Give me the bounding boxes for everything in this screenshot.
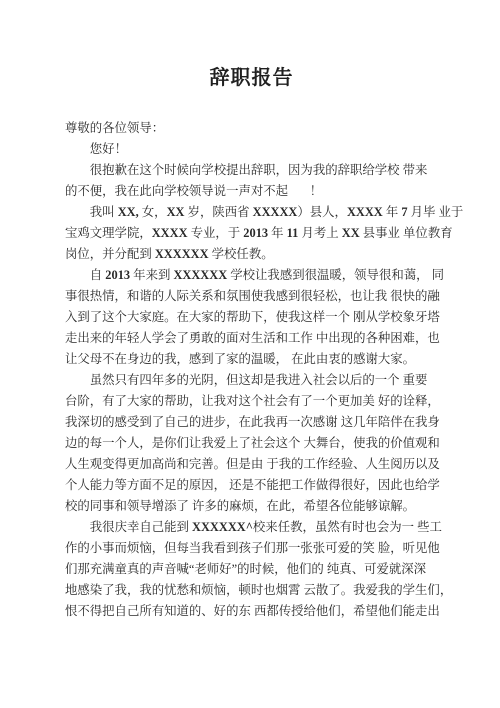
text-line: 们那充满童真的声音喊“老师好”的时候，他们的 纯真、可爱就深深 xyxy=(65,559,438,580)
text-line: 我叫 XX, 女，XX 岁，陕西省 XXXXX）县人，XXXX 年 7 月毕 业… xyxy=(65,202,438,223)
text-line: 我很庆幸自己能到 XXXXXX^校来任教，虽然有时也会为一 些工 xyxy=(65,517,438,538)
text-line: 岗位，并分配到 XXXXXX 学校任教。 xyxy=(65,244,438,265)
text-line: 很抱歉在这个时候向学校提出辞职，因为我的辞职给学校 带来 xyxy=(65,160,438,181)
text-line: 个人能力等方面不足的原因， 还是不能把工作做得很好，因此也给学 xyxy=(65,475,438,496)
text-line: 人生观变得更加高尚和完善。但是由 于我的工作经验、人生阅历以及 xyxy=(65,454,438,475)
paragraph: 我叫 XX, 女，XX 岁，陕西省 XXXXX）县人，XXXX 年 7 月毕 业… xyxy=(65,202,438,265)
text-line: 恨不得把自己所有知道的、好的东 西都传授给他们，希望他们能走出 xyxy=(65,601,438,622)
document-title: 辞职报告 xyxy=(65,64,438,92)
paragraph: 虽然只有四年多的光阴，但这却是我进入社会以后的一个 重要台阶，有了大家的帮助，让… xyxy=(65,370,438,517)
text-line: 台阶，有了大家的帮助，让我对这个社会有了一个更加美 好的诠释， xyxy=(65,391,438,412)
text-line: 让父母不在身边的我，感到了家的温暖， 在此由衷的感谢大家。 xyxy=(65,349,438,370)
text-line: 尊敬的各位领导： xyxy=(65,118,438,139)
text-line: 我深切的感受到了自己的进步，在此我再一次感谢 这几年陪伴在我身 xyxy=(65,412,438,433)
paragraph: 很抱歉在这个时候向学校提出辞职，因为我的辞职给学校 带来的不便，我在此向学校领导… xyxy=(65,160,438,202)
text-line: 边的每一个人，是你们让我爱上了社会这个 大舞台，使我的价值观和 xyxy=(65,433,438,454)
paragraph: 自 2013 年来到 XXXXXX 学校让我感到很温暖，领导很和蔼， 同事很热情… xyxy=(65,265,438,370)
text-line: 自 2013 年来到 XXXXXX 学校让我感到很温暖，领导很和蔼， 同 xyxy=(65,265,438,286)
document-body: 尊敬的各位领导：您好！很抱歉在这个时候向学校提出辞职，因为我的辞职给学校 带来的… xyxy=(65,118,438,622)
text-line: 入到了这个大家庭。在大家的帮助下，使我这样一个 刚从学校象牙塔 xyxy=(65,307,438,328)
text-line: 虽然只有四年多的光阴，但这却是我进入社会以后的一个 重要 xyxy=(65,370,438,391)
text-line: 作的小事而烦恼，但每当我看到孩子们那一张张可爱的笑 脸，听见他 xyxy=(65,538,438,559)
text-line: 校的同事和领导增添了 许多的麻烦，在此，希望各位能够谅解。 xyxy=(65,496,438,517)
text-line: 的不便，我在此向学校领导说一声对不起 ！ xyxy=(65,181,438,202)
text-line: 走出来的年轻人学会了勇敢的面对生活和工作 中出现的各种困难，也 xyxy=(65,328,438,349)
text-line: 您好！ xyxy=(65,139,438,160)
text-line: 宝鸡文理学院，XXXX 专业，于 2013 年 11 月考上 XX 县事业 单位… xyxy=(65,223,438,244)
text-line: 事很热情，和谐的人际关系和氛围使我感到很轻松，也让我 很快的融 xyxy=(65,286,438,307)
document-page: 辞职报告 尊敬的各位领导：您好！很抱歉在这个时候向学校提出辞职，因为我的辞职给学… xyxy=(0,0,500,708)
paragraph: 尊敬的各位领导： xyxy=(65,118,438,139)
paragraph: 您好！ xyxy=(65,139,438,160)
paragraph: 我很庆幸自己能到 XXXXXX^校来任教，虽然有时也会为一 些工作的小事而烦恼，… xyxy=(65,517,438,622)
text-line: 地感染了我，我的忧愁和烦恼，顿时也烟霄 云散了。我爱我的学生们， xyxy=(65,580,438,601)
